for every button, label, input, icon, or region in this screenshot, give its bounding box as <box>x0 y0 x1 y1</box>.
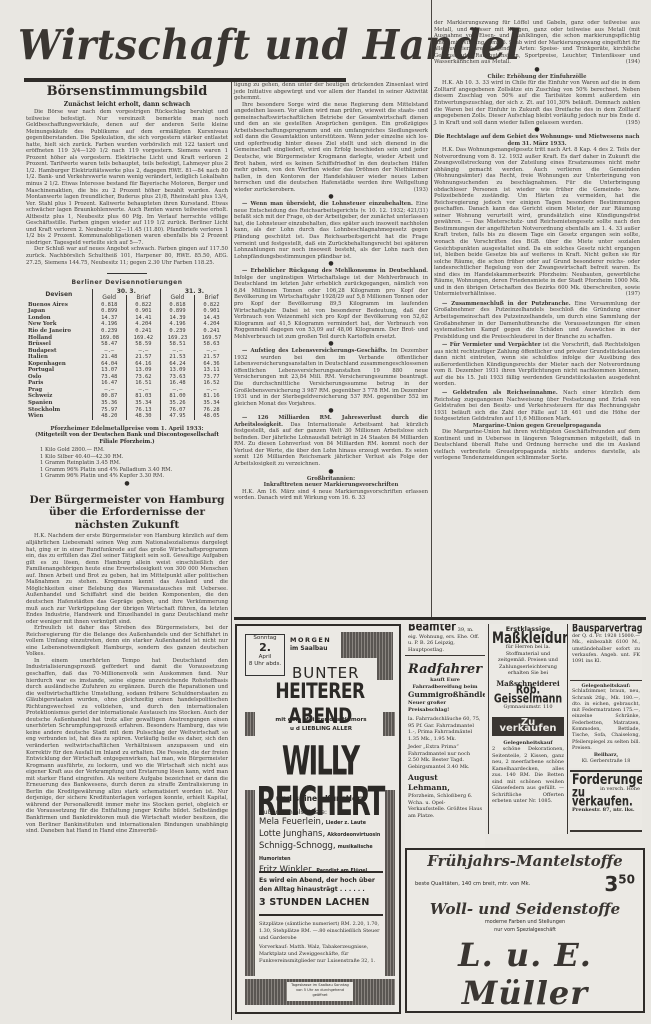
ad-footer: Stoffehaus Zerrennerstraße 6 neben dem U… <box>415 1012 635 1013</box>
ad-masskleidung: Erstklassige Maßkleidung für Herren bei … <box>488 624 568 834</box>
devisen-table-body: Buenos Aires0.8180.8220.8180.822Japan0.8… <box>26 302 228 420</box>
article-headline: — Erheblicher Rückgang des Mehlkonsums i… <box>242 268 428 274</box>
article-continuation: ligung zu gehen, denn unter der heutigen… <box>234 82 428 102</box>
address-line: Zerrennerstraße 6 <box>495 1012 589 1013</box>
ad-willy-reichert: Sonntag 2. April 8 Uhr abds. MORGEN im S… <box>235 624 401 1014</box>
ad-address: Zerrennerstraße 6 neben dem Ufa-Theater <box>495 1012 589 1013</box>
ad-brand: L. u. E. Müller <box>415 936 635 1012</box>
ad-forderungen: Forderungen in versch. Höhe zu verkaufen… <box>570 770 642 832</box>
rate-cell: 48.20 <box>92 413 126 420</box>
buergermeister-paragraph: Erfreulich ist daher das Streben des Bür… <box>26 625 228 658</box>
article-text: ist die Vorschrift, daß Rechtsfolgen aus… <box>434 342 640 387</box>
bullet-separator: ● <box>234 407 428 415</box>
newspaper-page: Wirtschaft und Handel Börsenstimmungsbil… <box>0 0 651 1024</box>
ad-morgen: MORGEN <box>290 636 331 644</box>
edelmetall-list: 1 Kilo Gold 2800.— RM. 1 Kilo Silber 40.… <box>40 447 228 480</box>
ad-rule <box>259 914 383 916</box>
ad-company: August Lehmann, <box>408 773 482 793</box>
ad-footer-text: Tageskasse im Saalbau Sonntag von 5 Uhr … <box>287 982 353 1001</box>
divider <box>107 273 147 274</box>
article-lohnsteuer: — Wenn man übersieht, die Lohnsteuer ein… <box>234 201 428 260</box>
article-headline: — Wenn man übersieht, die Lohnsteuer ein… <box>242 201 413 207</box>
buergermeister-headline: Der Bürgermeister von Hamburg über die E… <box>26 494 228 532</box>
section-rule <box>234 617 646 620</box>
ad-text: moderne Farben und Stellungen <box>415 918 635 926</box>
ad-rule <box>259 871 383 873</box>
article-headline: — Geldstrafen als Reichseinnahme. <box>442 390 558 396</box>
article-headline: Die Rechtslage auf dem Gebiet des Wohnun… <box>434 134 640 147</box>
zu-verkaufen-banner: Zu verkaufen <box>492 717 564 736</box>
column-divider <box>431 0 432 620</box>
price-cents: 50 <box>618 872 635 886</box>
ad-mueller-stoffhaus: Frühjahrs-Mantelstoffe beste Qualitäten,… <box>405 848 645 1013</box>
ad-meister: mit dem Meister des Humors u d LIEBLING … <box>259 716 383 734</box>
ad-day: 2. <box>246 642 284 654</box>
devisen-table-title: Berliner Devisennotierungen <box>26 280 228 287</box>
ad-text: la. Fahrradschläuche 60, 75, 95 Pf. Gar.… <box>408 716 482 742</box>
ad-gelegenheitskauf: Gelegenheitskauf: Schlafzimmer, braun, n… <box>570 680 642 768</box>
column-2: ligung zu gehen, denn unter der heutigen… <box>234 82 428 502</box>
column-1: Börsenstimmungsbild Zunächst leicht erho… <box>26 82 228 835</box>
boerse-subheadline: Zunächst leicht erholt, dann schwach <box>26 101 228 109</box>
boerse-headline: Börsenstimmungsbild <box>26 84 228 100</box>
ad-abend-text: Es wird ein Abend, der hoch über den All… <box>259 876 383 894</box>
ad-venue: im Saalbau <box>290 645 328 652</box>
column-divider <box>231 82 232 620</box>
table-row: Wien48.2048.3047.9548.05 <box>26 413 228 420</box>
ad-prices: Sitzplätze (sämtliche numeriert) RM. 2.2… <box>259 921 387 965</box>
ad-headline: Maßkleidung <box>492 634 564 642</box>
paragraph-text: Ihre besondere Sorge wird die neue Regie… <box>234 102 428 193</box>
bullet-separator: ● <box>434 126 640 134</box>
guest-name: Lotte Junghans, <box>259 829 325 839</box>
devisen-table: Devisen 30. 3. 31. 3. Geld Brief Geld Br… <box>26 289 228 420</box>
ad-text: u d LIEBLING ALLER <box>259 725 383 734</box>
bullet-separator: ● <box>234 468 428 476</box>
article-vermieter: — Für Vermieter und Verpächter ist die V… <box>434 342 640 388</box>
buergermeister-paragraph: H.K. Nachdem der erste Bürgermeister von… <box>26 533 228 625</box>
price-main: 3 <box>604 872 618 896</box>
masthead: Wirtschaft und Handel <box>18 14 348 76</box>
bullet-separator: ● <box>434 66 640 74</box>
article-text: Eine neue Entscheidung des Reichsarbeits… <box>234 201 428 259</box>
ad-footer: Tageskasse im Saalbau Sonntag von 5 Uhr … <box>245 979 395 1005</box>
ad-address: Pforzheim, Schloßberg 6. Wcha. u. Opel-V… <box>408 793 482 819</box>
article-mehl: — Erheblicher Rückgang des Mehlkonsums i… <box>234 268 428 340</box>
ad-month: April <box>246 654 284 661</box>
ad-decoration <box>245 790 255 976</box>
ad-headline: Radfahrer <box>408 662 482 677</box>
column-divider <box>231 620 232 1020</box>
ad-radfahrer: Radfahrer kauft Eure Fahrradbereifung be… <box>405 660 485 850</box>
ad-decoration <box>245 712 255 736</box>
article-text: Das Internationale Arbeitsamt hat kürzli… <box>234 422 428 467</box>
ad-address: Kl. Gerberstraße 18 <box>572 759 640 765</box>
guest-name: Schnigg-Schnogg, <box>259 841 336 851</box>
ad-headline: Bausparvertrag <box>572 625 640 633</box>
rate-cell: 48.05 <box>195 413 228 420</box>
ad-text: der Q. d. Fr. 1928 15000.— Mk., einbezah… <box>572 634 640 665</box>
ad-guest: Schnigg-Schnogg, musikalische Humoristen <box>259 841 389 865</box>
section-title: Wirtschaft und Handel <box>18 14 328 76</box>
ad-decoration <box>383 712 395 736</box>
article-headline: — Zusammenschluß in der Putzbranche. <box>442 301 571 307</box>
ad-kuenstler: und seinen Künstlern <box>259 794 383 803</box>
ad-lachen: 3 STUNDEN LACHEN <box>259 897 383 908</box>
ad-time: 8 Uhr abds. <box>246 661 284 668</box>
ad-decoration <box>341 632 393 658</box>
article-headline: — Für Vermieter und Verpächter <box>442 342 541 348</box>
ad-price-text: Sitzplätze (sämtliche numeriert) RM. 2.2… <box>259 921 387 942</box>
ad-text: für Herren bei la. Stoffmaterial und zei… <box>492 644 564 677</box>
paragraph-text: der Markierungszwang für Löffel und Gabe… <box>434 20 640 65</box>
rate-cell: 47.95 <box>160 413 194 420</box>
bullet-separator: ● <box>26 480 228 488</box>
article-ref: (197) <box>618 291 640 298</box>
ad-beamter: Beamter 39, m. eig. Wohnung, ers. Ehe. O… <box>405 624 485 656</box>
guest-desc: Lieder z. Laute <box>326 821 366 826</box>
buergermeister-paragraph: In einem unerhörten Tempo hat Deutschlan… <box>26 658 228 835</box>
article-text: Die Margarine-Union hat ihren wichtigste… <box>434 429 640 462</box>
ad-guest: Lotte Junghans, Akkordeonvirtuosin <box>259 829 389 841</box>
ad-headline: Woll- und Seidenstoffe <box>415 900 635 918</box>
currency-name: Wien <box>26 413 92 420</box>
article-text: H.K. Das Wohnungsmangelgesetz tritt nach… <box>434 147 640 298</box>
article-text: Eine Versammlung der Großabnehmer des Pu… <box>434 301 640 340</box>
ad-date-box: Sonntag 2. April 8 Uhr abds. <box>245 634 285 676</box>
column-header: Devisen <box>26 289 92 302</box>
ad-guest: Mela Feuerlein, Lieder z. Laute <box>259 817 389 829</box>
ad-text: Neuer großer Preisabschlag! <box>408 700 482 713</box>
article-lebensversicherung: — Aufstieg des Lebensversicherungs-Gesch… <box>234 348 428 407</box>
article-ref: (195) <box>618 120 640 127</box>
ad-headline: Frühjahrs-Mantelstoffe <box>415 852 635 870</box>
ad-price-row: beste Qualitäten, 140 cm breit, mtr. von… <box>415 872 635 896</box>
ad-headline: zu verkaufen. <box>572 790 640 807</box>
ad-vorverkauf: Vorverkauf: Matth. Walz, Tabakerzeugniss… <box>259 944 387 965</box>
article-text: Infolge der ungünstigen Wirtschaftslage … <box>234 275 428 340</box>
article-text: Im Dezember 1932 wurden bei den im Verba… <box>234 348 428 406</box>
guest-name: Mela Feuerlein, <box>259 817 324 827</box>
ad-price: 350 <box>604 872 635 896</box>
ad-decoration <box>377 658 393 680</box>
ad-text: Schlafzimmer, braun, neu, Schrank 2tlg.,… <box>572 689 640 752</box>
ad-text: 2 schöne Dekorationen, Seitenteile, 2 Ki… <box>492 746 564 805</box>
paragraph-text: H.K. Das Wohnungsmangelgesetz tritt nach… <box>434 147 640 297</box>
article-text: H.K. Ab 10. 3. 33 wird in Chile für die … <box>434 80 640 126</box>
guest-name: Fritz Winkler, <box>259 865 314 875</box>
edelmetall-source: (Mitgeteilt von der Deutschen Bank und D… <box>26 432 228 445</box>
column-3: der Markierungszwang für Löffel und Gabe… <box>434 20 640 462</box>
ad-company: Rob. Geisselmann <box>492 687 564 704</box>
ad-subheadline: Gummigroßhändler <box>408 690 482 700</box>
boerse-paragraph: Der Schluß war auf neues Angebot schwach… <box>26 246 228 266</box>
article-putz: — Zusammenschluß in der Putzbranche. Ein… <box>434 301 640 340</box>
article-headline: — Aufstieg des Lebensversicherungs-Gesch… <box>242 348 388 354</box>
guest-desc: Akkordeonvirtuosin <box>327 833 380 838</box>
article-geldstrafen: — Geldstrafen als Reichseinnahme. Nach e… <box>434 390 640 423</box>
ad-text: kauft Eure Fahrradbereifung beim <box>408 677 482 690</box>
article-continuation: der Markierungszwang für Löffel und Gabe… <box>434 20 640 66</box>
rate-cell: 48.30 <box>126 413 160 420</box>
ad-text: Jeder „Extra Prima“ Fahrradmantel nur no… <box>408 744 482 770</box>
ad-guest-list: Außerdem als Gäste: Mela Feuerlein, Lied… <box>259 807 389 877</box>
ad-guest-label: Außerdem als Gäste: <box>259 807 389 817</box>
ad-text: beste Qualitäten, 140 cm breit, mtr. von… <box>415 881 530 887</box>
article-ref: (194) <box>626 59 640 66</box>
article-text: H.K. Am 16. März sind 4 neue Markierungs… <box>234 489 428 502</box>
ad-headline: Forderungen <box>572 776 640 784</box>
ad-text: nur vom Spezialgeschäft <box>415 926 635 934</box>
paragraph-text: H.K. Ab 10. 3. 33 wird in Chile für die … <box>434 80 640 125</box>
article-paragraph: Ihre besondere Sorge wird die neue Regie… <box>234 102 428 194</box>
ad-bausparvertrag: Bausparvertrag der Q. d. Fr. 1928 15000.… <box>570 624 642 679</box>
article-arbeitslosigkeit: — 126 Milliarden RM. Jahresverlust durch… <box>234 415 428 467</box>
ad-text: mit dem Meister des Humors <box>259 716 383 725</box>
boerse-paragraph: Die Börse war nach dem vorgestrigen Rück… <box>26 109 228 246</box>
article-ref: (193) <box>406 187 428 194</box>
ad-headline: Beamter <box>408 624 456 632</box>
